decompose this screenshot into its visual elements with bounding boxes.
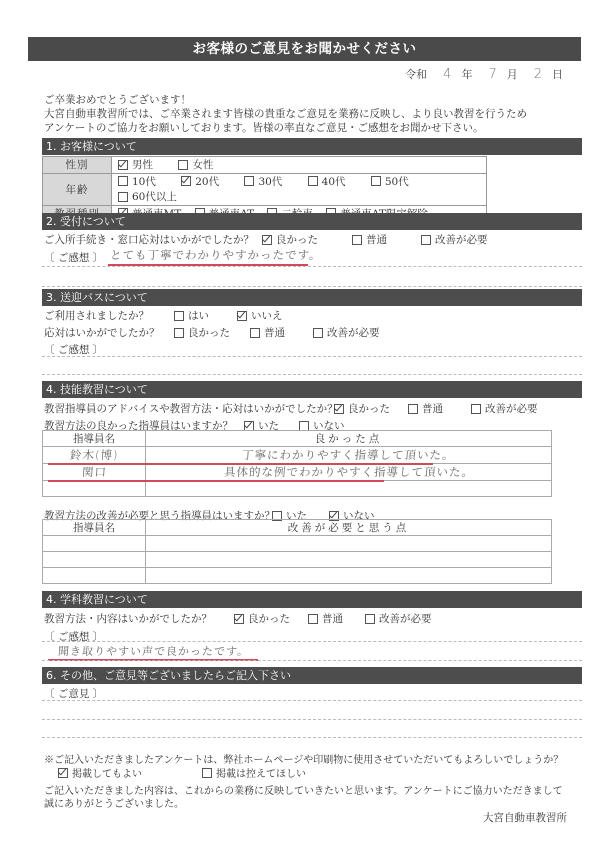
comment-line [42, 660, 582, 661]
option-10s[interactable]: 10代 [118, 174, 156, 189]
table-header-row: 指導員名 良かった点 [43, 431, 552, 447]
column-header-good-points: 良かった点 [146, 431, 552, 447]
checkbox-icon[interactable] [202, 768, 212, 778]
checkbox-icon[interactable] [352, 235, 362, 245]
option-50s[interactable]: 50代 [371, 174, 409, 189]
good-point: 丁寧にわかりやすく指導して頂いた。 [242, 447, 456, 463]
checkbox-icon[interactable] [365, 614, 375, 624]
option-yes[interactable]: はい [174, 308, 209, 323]
age-row: 年齢 10代 20代 30代 40代 50代 60代以上 [43, 173, 487, 205]
option-normal[interactable]: 普通 [250, 325, 285, 340]
checkbox-checked-icon[interactable] [181, 176, 191, 186]
checkbox-checked-icon[interactable] [334, 404, 344, 414]
checkbox-icon[interactable] [250, 328, 260, 338]
section-header-reception: 2. 受付について [42, 213, 582, 230]
improvement-point-cell[interactable] [146, 552, 552, 568]
classroom-rating-question: 教習方法・内容はいかがでしたか？ [44, 611, 234, 626]
section-header-shuttle-bus: 3. 送迎バスについて [42, 289, 582, 306]
intro-line: ご卒業おめでとうございます！ [44, 93, 584, 107]
good-point-cell[interactable]: 丁寧にわかりやすく指導して頂いた。 [146, 447, 552, 464]
checkbox-checked-icon[interactable] [234, 614, 244, 624]
checkbox-icon[interactable] [178, 160, 188, 170]
bus-service-row: 応対はいかがでしたか？ 良かった 普通 改善が必要 [44, 325, 402, 340]
date-field: 令和 4 年 7 月 2 日 [405, 66, 563, 82]
date-day-unit: 日 [552, 66, 563, 82]
reception-question-row: ご入所手続き・窓口応対はいかがでしたか？ 良かった 普通 改善が必要 [44, 232, 510, 247]
table-row [43, 568, 552, 584]
checkbox-icon[interactable] [174, 328, 184, 338]
instructor-name-cell[interactable] [43, 552, 146, 568]
table-row [43, 536, 552, 552]
option-needs-improvement[interactable]: 改善が必要 [471, 401, 538, 416]
option-needs-improvement[interactable]: 改善が必要 [313, 325, 380, 340]
option-no[interactable]: いいえ [237, 308, 283, 323]
red-underline [48, 480, 384, 482]
date-day[interactable]: 2 [534, 67, 542, 82]
date-year-unit: 年 [461, 66, 472, 82]
bus-usage-question: ご利用されましたか？ [44, 308, 174, 323]
option-good[interactable]: 良かった [174, 325, 230, 340]
improvement-point-cell[interactable] [146, 568, 552, 584]
option-needs-improvement[interactable]: 改善が必要 [365, 611, 432, 626]
section-header-driving-lessons: 4. 技能教習について [42, 381, 582, 398]
consent-options: 掲載してもよい 掲載は控えてほしい [58, 765, 328, 780]
checkbox-icon[interactable] [408, 404, 418, 414]
option-consent-no[interactable]: 掲載は控えてほしい [202, 765, 306, 780]
option-good[interactable]: 良かった [262, 232, 318, 247]
good-point-cell[interactable] [146, 481, 552, 497]
comment-line[interactable] [42, 737, 582, 738]
improve-instructor-table: 指導員名 改善が必要と思う点 [42, 519, 552, 584]
classroom-rating-row: 教習方法・内容はいかがでしたか？ 良かった 普通 改善が必要 [44, 611, 454, 626]
reception-comment-label: 〔 ご感想 〕 [44, 250, 103, 265]
checkbox-checked-icon[interactable] [244, 421, 254, 431]
checkbox-icon[interactable] [308, 176, 318, 186]
instructor-name-cell[interactable]: 関口 [43, 464, 146, 481]
checkbox-icon[interactable] [308, 614, 318, 624]
gender-options: 男性 女性 [112, 157, 487, 174]
comment-line [42, 266, 582, 267]
bus-usage-row: ご利用されましたか？ はい いいえ [44, 308, 305, 323]
age-options: 10代 20代 30代 40代 50代 60代以上 [112, 173, 487, 205]
instructor-rating-row: 教習指導員のアドバイスや教習方法・応対はいかがでしたか？ 良かった 普通 改善が… [44, 401, 560, 416]
checkbox-icon[interactable] [118, 176, 128, 186]
checkbox-icon[interactable] [299, 421, 309, 431]
option-normal[interactable]: 普通 [308, 611, 343, 626]
checkbox-icon[interactable] [174, 311, 184, 321]
checkbox-checked-icon[interactable] [237, 311, 247, 321]
table-row [43, 552, 552, 568]
table-row [43, 481, 552, 497]
closing-message: ご記入いただきました内容は、これからの業務に反映していきたいと思います。アンケー… [44, 785, 584, 811]
gender-label: 性別 [43, 157, 112, 174]
intro-line: 大宮自動車教習所では、ご卒業されます皆様の貴重なご意見を業務に反映し、より良い教… [44, 107, 584, 121]
instructor-name-cell[interactable] [43, 481, 146, 497]
checkbox-checked-icon[interactable] [262, 235, 272, 245]
checkbox-icon[interactable] [471, 404, 481, 414]
intro-line: アンケートのご協力をお願いしております。皆様の率直なご意見・ご感想をお聞かせ下さ… [44, 121, 584, 135]
consent-question: ※ご記入いただきましたアンケートは、弊社ホームページや印刷物に使用させていただい… [44, 751, 563, 766]
section-header-classroom-lessons: 4. 学科教習について [42, 591, 582, 608]
form-title: お客様のご意見をお聞かせください [28, 37, 581, 61]
option-male[interactable]: 男性 [118, 157, 153, 172]
option-40s[interactable]: 40代 [308, 174, 346, 189]
column-header-improvement-points: 改善が必要と思う点 [146, 520, 552, 536]
checkbox-icon[interactable] [421, 235, 431, 245]
checkbox-icon[interactable] [118, 192, 128, 202]
checkbox-icon[interactable] [244, 176, 254, 186]
checkbox-checked-icon[interactable] [118, 160, 128, 170]
option-good[interactable]: 良かった [234, 611, 290, 626]
classroom-comment[interactable]: 聞き取りやすい声で良かったです。 [57, 643, 249, 659]
instructor-name-cell[interactable] [43, 568, 146, 584]
option-60s-plus[interactable]: 60代以上 [118, 189, 177, 204]
intro-text: ご卒業おめでとうございます！ 大宮自動車教習所では、ご卒業されます皆様の貴重なご… [44, 93, 584, 135]
instructor-name-cell[interactable] [43, 536, 146, 552]
option-needs-improvement[interactable]: 改善が必要 [421, 232, 488, 247]
checkbox-icon[interactable] [313, 328, 323, 338]
instructor-name-cell[interactable]: 鈴木(博) [43, 447, 146, 464]
checkbox-icon[interactable] [371, 176, 381, 186]
gender-row: 性別 男性 女性 [43, 157, 487, 174]
date-year[interactable]: 4 [443, 67, 451, 82]
table-row: 鈴木(博) 丁寧にわかりやすく指導して頂いた。 [43, 447, 552, 464]
comment-line [42, 286, 582, 287]
closing-line: ご記入いただきました内容は、これからの業務に反映していきたいと思います。アンケー… [44, 785, 584, 798]
date-month[interactable]: 7 [488, 67, 496, 82]
section-header-other-comments: 6. その他、ご意見等ございましたらご記入下さい [42, 667, 582, 684]
option-female[interactable]: 女性 [178, 157, 213, 172]
instructor-rating-question: 教習指導員のアドバイスや教習方法・応対はいかがでしたか？ [44, 401, 334, 416]
option-consent-yes[interactable]: 掲載してもよい [58, 765, 142, 780]
red-underline [48, 463, 433, 465]
option-20s[interactable]: 20代 [181, 174, 219, 189]
option-30s[interactable]: 30代 [244, 174, 282, 189]
organization-name: 大宮自動車教習所 [483, 810, 567, 825]
table-row: 関口 具体的な例でわかりやすく指導して頂いた。 [43, 464, 552, 481]
instructor-name: 鈴木(博) [69, 447, 119, 463]
section-header-customer: 1. お客様について [42, 138, 582, 155]
date-month-unit: 月 [507, 66, 518, 82]
other-comment-label: 〔 ご意見 〕 [44, 686, 103, 701]
column-header-instructor: 指導員名 [43, 520, 146, 536]
reception-question: ご入所手続き・窓口応対はいかがでしたか？ [44, 232, 262, 247]
table-header-row: 指導員名 改善が必要と思う点 [43, 520, 552, 536]
bus-service-question: 応対はいかがでしたか？ [44, 325, 174, 340]
comment-line [42, 356, 582, 357]
comment-line[interactable] [42, 719, 582, 720]
instructor-name: 関口 [81, 464, 107, 480]
good-point-cell[interactable]: 具体的な例でわかりやすく指導して頂いた。 [146, 464, 552, 481]
reception-comment[interactable]: とても丁寧でわかりやすかったです。 [109, 247, 322, 263]
option-good[interactable]: 良かった [334, 401, 390, 416]
option-normal[interactable]: 普通 [408, 401, 443, 416]
checkbox-checked-icon[interactable] [58, 768, 68, 778]
comment-line [42, 374, 582, 375]
column-header-instructor: 指導員名 [43, 431, 146, 447]
good-point: 具体的な例でわかりやすく指導して頂いた。 [223, 464, 474, 480]
comment-line [42, 641, 582, 642]
improvement-point-cell[interactable] [146, 536, 552, 552]
option-normal[interactable]: 普通 [352, 232, 387, 247]
age-label: 年齢 [43, 173, 112, 205]
comment-line[interactable] [42, 700, 582, 701]
bus-comment-label: 〔 ご感想 〕 [44, 342, 103, 357]
date-era: 令和 [405, 66, 427, 82]
